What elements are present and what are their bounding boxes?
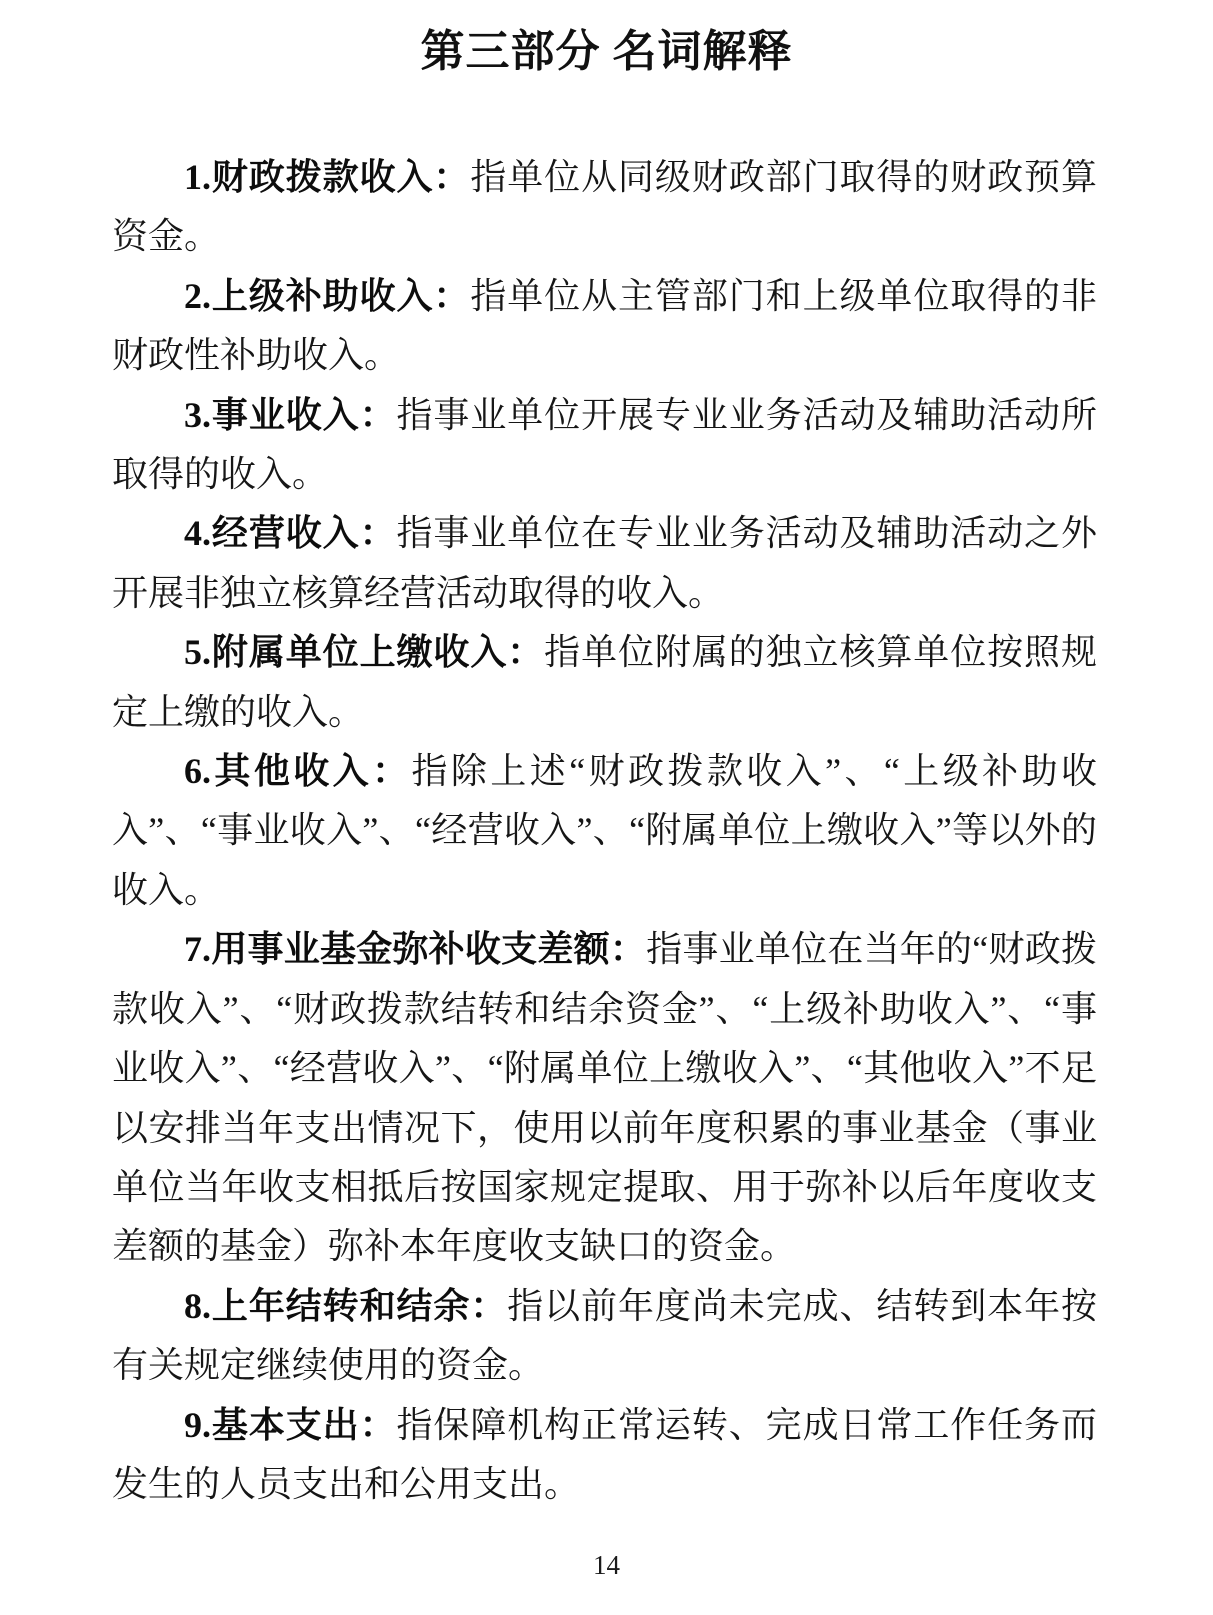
- term-label: 5.附属单位上缴收入：: [184, 632, 544, 672]
- definition-paragraph: 9.基本支出：指保障机构正常运转、完成日常工作任务而发生的人员支出和公用支出。: [112, 1396, 1097, 1515]
- definition-paragraph: 4.经营收入：指事业单位在专业业务活动及辅助活动之外开展非独立核算经营活动取得的…: [112, 504, 1097, 623]
- term-label: 6.其他收入：: [184, 751, 412, 791]
- definition-paragraph: 6.其他收入：指除上述“财政拨款收入”、“上级补助收入”、“事业收入”、“经营收…: [112, 742, 1097, 920]
- definition-paragraph: 2.上级补助收入：指单位从主管部门和上级单位取得的非财政性补助收入。: [112, 267, 1097, 386]
- document-body: 1.财政拨款收入：指单位从同级财政部门取得的财政预算资金。 2.上级补助收入：指…: [112, 148, 1097, 1514]
- definition-paragraph: 1.财政拨款收入：指单位从同级财政部门取得的财政预算资金。: [112, 148, 1097, 267]
- term-label: 7.用事业基金弥补收支差额：: [184, 929, 646, 969]
- term-label: 4.经营收入：: [184, 513, 397, 553]
- definition-paragraph: 7.用事业基金弥补收支差额：指事业单位在当年的“财政拨款收入”、“财政拨款结转和…: [112, 920, 1097, 1276]
- term-label: 3.事业收入：: [184, 395, 397, 435]
- page-number: 14: [0, 1548, 1213, 1582]
- definition-paragraph: 8.上年结转和结余：指以前年度尚未完成、结转到本年按有关规定继续使用的资金。: [112, 1277, 1097, 1396]
- term-label: 1.财政拨款收入：: [184, 157, 470, 197]
- definition-paragraph: 5.附属单位上缴收入：指单位附属的独立核算单位按照规定上缴的收入。: [112, 623, 1097, 742]
- page-title: 第三部分 名词解释: [0, 24, 1213, 80]
- term-label: 2.上级补助收入：: [184, 276, 470, 316]
- definition-text: 指事业单位在当年的“财政拨款收入”、“财政拨款结转和结余资金”、“上级补助收入”…: [112, 929, 1097, 1266]
- document-page: 第三部分 名词解释 1.财政拨款收入：指单位从同级财政部门取得的财政预算资金。 …: [0, 0, 1213, 1615]
- term-label: 9.基本支出：: [184, 1405, 397, 1445]
- term-label: 8.上年结转和结余：: [184, 1286, 507, 1326]
- definition-paragraph: 3.事业收入：指事业单位开展专业业务活动及辅助活动所取得的收入。: [112, 386, 1097, 505]
